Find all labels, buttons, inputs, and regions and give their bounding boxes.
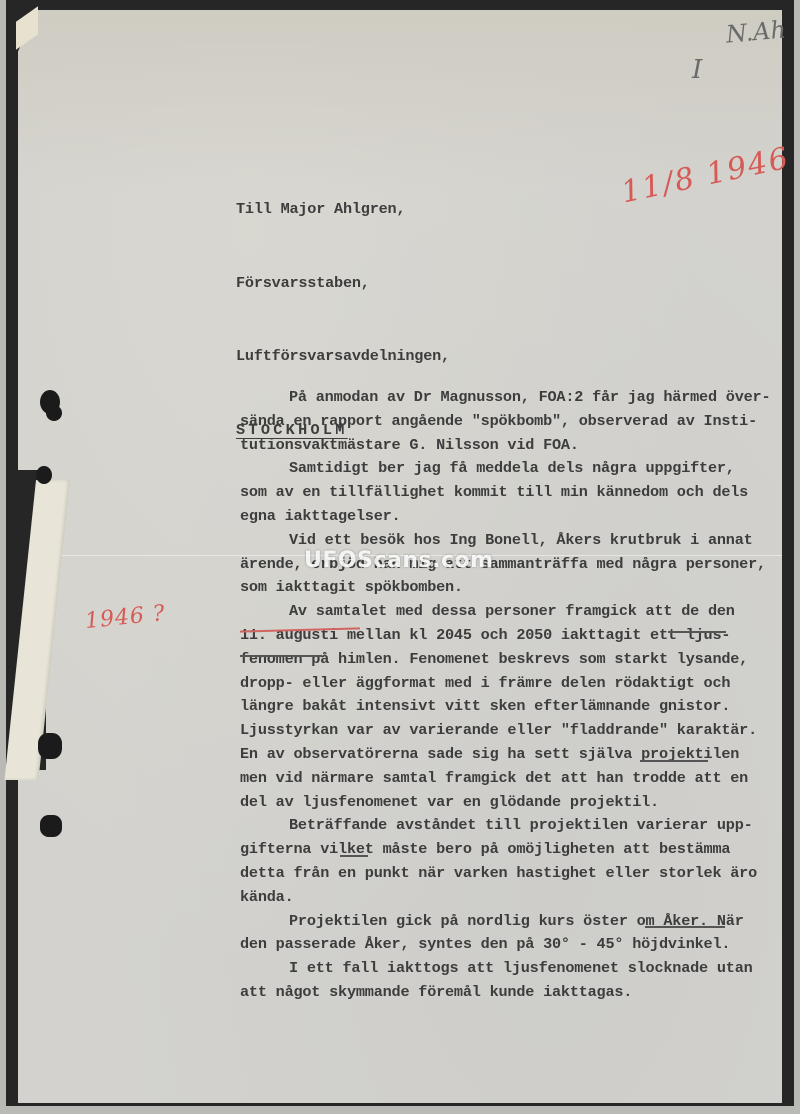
body-line: dropp- eller äggformat med i främre dele… (240, 672, 770, 696)
body-line: Beträffande avståndet till projektilen v… (240, 814, 770, 838)
body-line: I ett fall iakttogs att ljusfenomenet sl… (240, 957, 770, 981)
body-line: del av ljusfenomenet var en glödande pro… (240, 791, 770, 815)
body-line: egna iakttagelser. (240, 505, 770, 529)
punch-hole (40, 815, 62, 837)
body-line: sända en rapport angående "spökbomb", ob… (240, 410, 770, 434)
body-line: gifterna vilket måste bero på omöjlighet… (240, 838, 770, 862)
body-line: tutionsvaktmästare G. Nilsson vid FOA. (240, 434, 770, 458)
typed-underline (668, 631, 726, 633)
body-line: som iakttagit spökbomben. (240, 576, 770, 600)
letter-body: På anmodan av Dr Magnusson, FOA:2 får ja… (240, 386, 770, 1005)
body-line: kända. (240, 886, 770, 910)
address-line: Till Major Ahlgren, (236, 197, 450, 222)
pencil-page-marker: I (692, 55, 702, 85)
body-line: Projektilen gick på nordlig kurs öster o… (240, 910, 770, 934)
body-line: På anmodan av Dr Magnusson, FOA:2 får ja… (240, 386, 770, 410)
watermark: UFOScans.com (304, 548, 494, 573)
body-line: detta från en punkt när varken hastighet… (240, 862, 770, 886)
pencil-initials: N.Ah (725, 15, 787, 48)
body-line: längre bakåt intensivt vitt sken efterlä… (240, 695, 770, 719)
body-line: En av observatörerna sade sig ha sett sj… (240, 743, 770, 767)
typed-underline (645, 926, 725, 928)
body-line: Av samtalet med dessa personer framgick … (240, 600, 770, 624)
typed-underline (340, 855, 368, 857)
punch-hole (36, 466, 52, 484)
punch-hole (38, 733, 62, 759)
address-line: Försvarsstaben, (236, 271, 450, 296)
body-line: som av en tillfällighet kommit till min … (240, 481, 770, 505)
body-line: Ljusstyrkan var av varierande eller "fla… (240, 719, 770, 743)
body-line: den passerade Åker, syntes den på 30° - … (240, 933, 770, 957)
typed-underline (240, 655, 322, 657)
typed-underline (640, 760, 708, 762)
address-line: Luftförsvarsavdelningen, (236, 344, 450, 369)
body-line: att något skymmande föremål kunde iaktta… (240, 981, 770, 1005)
body-line: Samtidigt ber jag få meddela dels några … (240, 457, 770, 481)
body-line: men vid närmare samtal framgick det att … (240, 767, 770, 791)
body-line: fenomen på himlen. Fenomenet beskrevs so… (240, 648, 770, 672)
punch-hole (46, 405, 62, 421)
